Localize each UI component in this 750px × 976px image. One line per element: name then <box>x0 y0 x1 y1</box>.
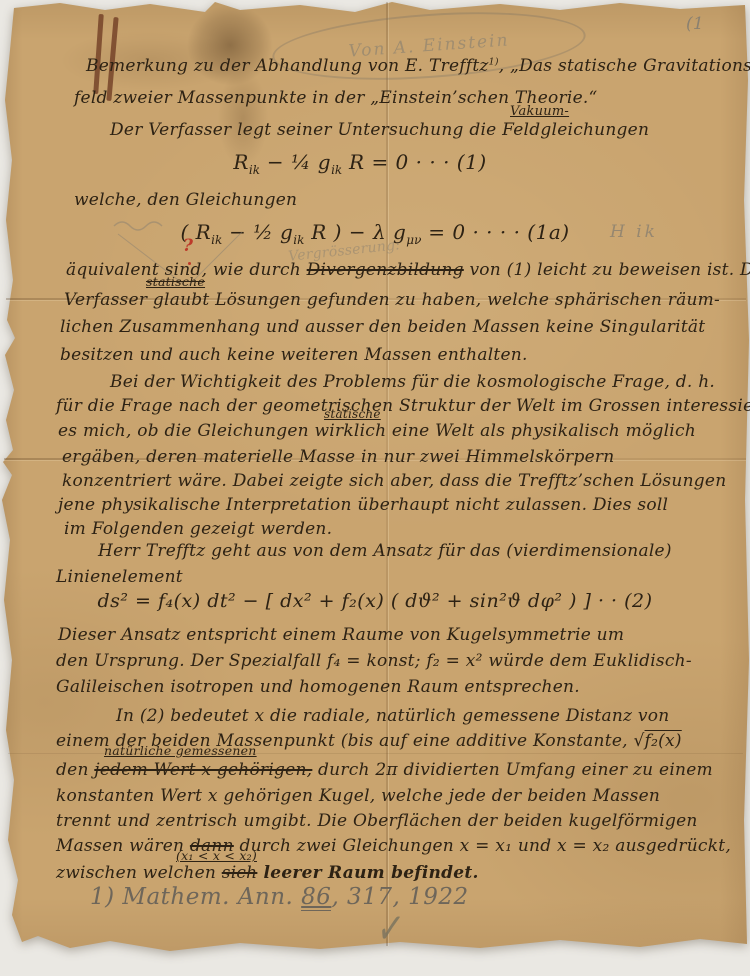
insertion-statische: statische <box>324 407 381 421</box>
struck-insertion: statische <box>146 274 205 289</box>
title-text: Bemerkung zu der Abhandlung von E. Treff… <box>86 56 489 76</box>
para-cosmo-line-7: im Folgenden gezeigt werden. <box>64 519 332 539</box>
insertion-x-range: (x₁ < x < x₂) <box>176 848 257 863</box>
footnote-ref: 1) <box>489 56 499 67</box>
para-cosmo-line-3: es mich, ob die Gleichungen wirklich ein… <box>58 421 696 441</box>
title-text: , „Das statische Gravitations- <box>499 56 750 76</box>
red-question-mark: ? <box>183 236 193 256</box>
para-distanz-line-4: konstanten Wert x gehörigen Kugel, welch… <box>56 786 660 806</box>
title-line-1: Bemerkung zu der Abhandlung von E. Treff… <box>86 56 750 76</box>
para-distanz-line-5: trennt und zentrisch umgibt. Die Oberflä… <box>56 811 698 831</box>
para-distanz-line-7: zwischen welchen sich leerer Raum befind… <box>56 863 479 883</box>
volume-number: 86 <box>301 884 331 911</box>
footnote-citation: 1) Mathem. Ann. 86, 317, 1922 <box>90 884 469 910</box>
intro-text: Feldgleichungen <box>502 120 649 140</box>
para-raum-line-1: Dieser Ansatz entspricht einem Raume von… <box>58 625 624 645</box>
para-cosmo-line-5: konzentriert wäre. Dabei zeigte sich abe… <box>62 471 726 491</box>
page-number: (1 <box>686 14 704 34</box>
para-cosmo-line-1: Bei der Wichtigkeit des Problems für die… <box>110 372 715 392</box>
para-distanz-line-1: In (2) bedeutet x die radiale, natürlich… <box>116 706 669 726</box>
para-raum-line-3: Galileischen isotropen und homogenen Rau… <box>56 677 580 697</box>
pencil-note-h-ik: H ik <box>610 222 658 242</box>
para-distanz-line-6: Massen wären dann durch zwei Gleichungen… <box>56 836 731 856</box>
manuscript-scan: Von A. Einstein (1 Bemerkung zu der Abha… <box>0 0 750 976</box>
para-ansatz-line-2: Linienelement <box>56 567 183 587</box>
struck-word: Divergenzbildung <box>307 260 464 280</box>
para-cosmo-line-2: für die Frage nach der geometrischen Str… <box>56 396 750 416</box>
para-equiv-line-2: Verfasser glaubt Lösungen gefunden zu ha… <box>64 290 720 310</box>
intro-text: Der Verfasser legt seiner Untersuchung d… <box>110 120 502 140</box>
para-distanz-line-3: den jedem Wert x gehörigen, durch 2π div… <box>56 760 713 780</box>
insertion-vakuum: Vakuum- <box>510 104 569 119</box>
para-equiv-line-4: besitzen und auch keine weiteren Massen … <box>60 345 528 365</box>
radical-expression: f₂(x) <box>645 731 682 751</box>
struck-word: sich <box>222 863 258 883</box>
intro-line: Der Verfasser legt seiner Untersuchung d… <box>110 120 649 140</box>
para-cosmo-line-4: ergäben, deren materielle Masse in nur z… <box>62 447 614 467</box>
para-raum-line-2: den Ursprung. Der Spezialfall f₄ = konst… <box>56 651 692 671</box>
para-cosmo-line-6: jene physikalische Interpretation überha… <box>58 495 668 515</box>
para-ansatz-line-1: Herr Trefftz geht aus von dem Ansatz für… <box>98 541 672 561</box>
equation-2: ds² = f₄(x) dt² − [ dx² + f₂(x) ( dϑ² + … <box>0 590 750 612</box>
struck-phrase: jedem Wert x gehörigen, <box>94 760 312 780</box>
welche-line: welche, den Gleichungen <box>74 190 297 210</box>
para-equiv-line-3: lichen Zusammenhang und ausser den beide… <box>60 317 705 337</box>
equation-1: Rik − ¼ gik R = 0 · · · (1) <box>0 150 735 177</box>
insertion-natuerliche: natürliche gemessenen <box>104 743 257 758</box>
